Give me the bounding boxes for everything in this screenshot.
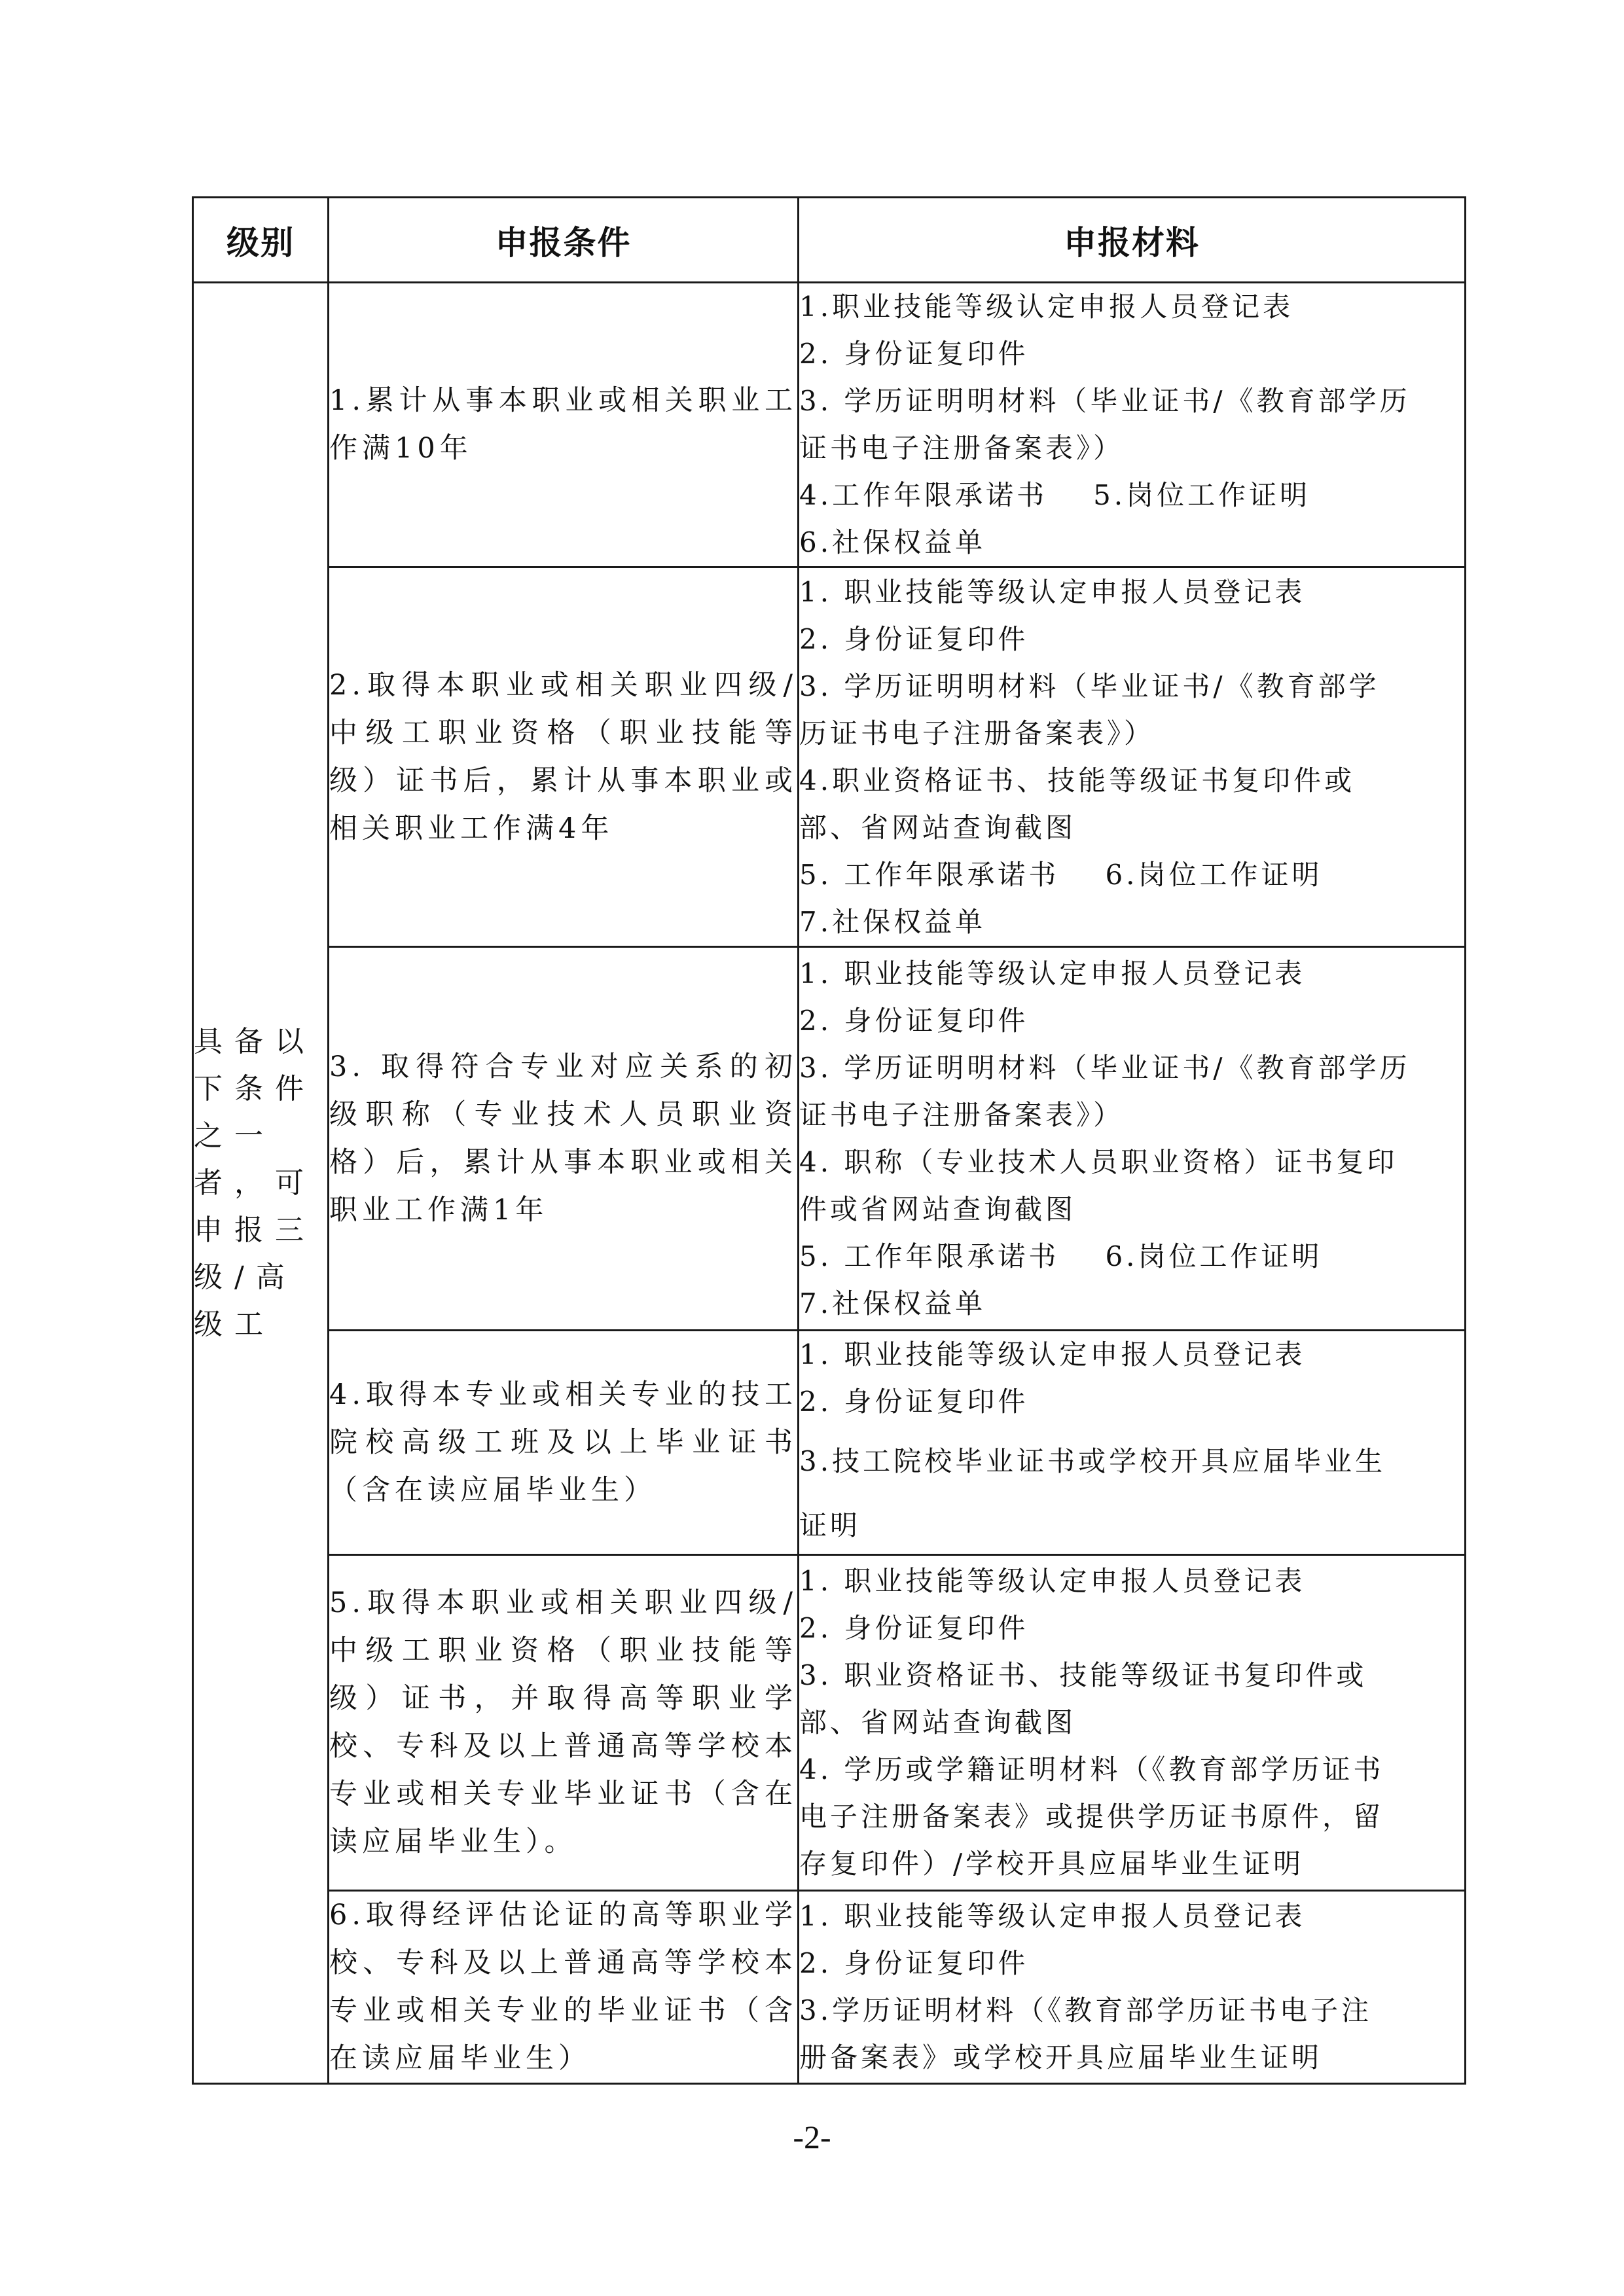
table-row: 4.取得本专业或相关专业的技工院校高级工班及以上毕业证书（含在读应届毕业生） 1… [193,1331,1466,1555]
material-item: 1. 职业技能等级认定申报人员登记表 [799,1331,1464,1378]
materials-cell: 1. 职业技能等级认定申报人员登记表 2. 身份证复印件 3.学历证明材料（《教… [799,1891,1466,2084]
level-text-line: 下条件 [194,1066,327,1113]
material-item: 1. 职业技能等级认定申报人员登记表 [799,950,1464,997]
material-item: 2. 身份证复印件 [799,616,1464,663]
materials-cell: 1. 职业技能等级认定申报人员登记表 2. 身份证复印件 3.技工院校毕业证书或… [799,1331,1466,1555]
level-text-line: 之一 [194,1113,327,1160]
material-item: 5. 工作年限承诺书 [799,859,1059,891]
material-item: 证书电子注册备案表》） [799,425,1464,472]
material-item: 部、省网站查询截图 [799,804,1464,852]
level-text-line: 者，可 [194,1160,327,1207]
material-item: 2. 身份证复印件 [799,1378,1464,1426]
material-item: 3. 职业资格证书、技能等级证书复印件或 [799,1652,1464,1699]
table-row: 6.取得经评估论证的高等职业学校、专科及以上普通高等学校本专业或相关专业的毕业证… [193,1891,1466,2084]
material-item: 3.学历证明材料（《教育部学历证书电子注 [799,1987,1464,2034]
material-item: 部、省网站查询截图 [799,1699,1464,1746]
header-level: 级别 [193,198,329,283]
material-item: 3. 学历证明明材料（毕业证书/《教育部学历 [799,1045,1464,1092]
material-item: 4.工作年限承诺书 [799,479,1047,511]
material-item: 6.岗位工作证明 [1105,859,1322,891]
material-item: 3. 学历证明明材料（毕业证书/《教育部学 [799,663,1464,710]
document-page: 级别 申报条件 申报材料 具备以 下条件 之一 者，可 申报三 级/高 级工 1… [0,0,1624,2296]
materials-cell: 1. 职业技能等级认定申报人员登记表 2. 身份证复印件 3. 学历证明明材料（… [799,947,1466,1331]
table-row: 2.取得本职业或相关职业四级/中级工职业资格（职业技能等级）证书后，累计从事本职… [193,567,1466,947]
material-item: 2. 身份证复印件 [799,997,1464,1045]
material-item: 1.职业技能等级认定申报人员登记表 [799,283,1464,331]
application-requirements-table: 级别 申报条件 申报材料 具备以 下条件 之一 者，可 申报三 级/高 级工 1… [192,196,1466,2085]
condition-cell: 4.取得本专业或相关专业的技工院校高级工班及以上毕业证书（含在读应届毕业生） [329,1331,799,1555]
materials-cell: 1. 职业技能等级认定申报人员登记表 2. 身份证复印件 3. 职业资格证书、技… [799,1555,1466,1891]
material-item: 证书电子注册备案表》） [799,1092,1464,1139]
materials-cell: 1.职业技能等级认定申报人员登记表 2. 身份证复印件 3. 学历证明明材料（毕… [799,283,1466,567]
material-item-pair: 5. 工作年限承诺书6.岗位工作证明 [799,1233,1464,1280]
material-item: 3. 学历证明明材料（毕业证书/《教育部学历 [799,378,1464,425]
material-item: 1. 职业技能等级认定申报人员登记表 [799,569,1464,616]
material-item: 2. 身份证复印件 [799,1605,1464,1652]
material-item: 7.社保权益单 [799,1280,1464,1327]
material-item: 7.社保权益单 [799,899,1464,946]
condition-cell: 3. 取得符合专业对应关系的初级职称（专业技术人员职业资格）后，累计从事本职业或… [329,947,799,1331]
materials-cell: 1. 职业技能等级认定申报人员登记表 2. 身份证复印件 3. 学历证明明材料（… [799,567,1466,947]
material-item: 5. 工作年限承诺书 [799,1240,1059,1272]
level-text-line: 具备以 [194,1018,327,1066]
page-number: -2- [0,2118,1624,2156]
material-item: 3.技工院校毕业证书或学校开具应届毕业生 [799,1433,1464,1490]
level-cell: 具备以 下条件 之一 者，可 申报三 级/高 级工 [193,283,329,2084]
level-text-line: 申报三 [194,1207,327,1254]
level-text-line: 级工 [194,1301,327,1348]
condition-cell: 5.取得本职业或相关职业四级/中级工职业资格（职业技能等级）证书，并取得高等职业… [329,1555,799,1891]
material-item: 历证书电子注册备案表》） [799,710,1464,757]
level-text-line: 级/高 [194,1254,327,1301]
material-item: 2. 身份证复印件 [799,1940,1464,1987]
material-item: 4. 学历或学籍证明材料（《教育部学历证书 [799,1746,1464,1793]
header-materials: 申报材料 [799,198,1466,283]
material-item: 1. 职业技能等级认定申报人员登记表 [799,1558,1464,1605]
condition-cell: 1.累计从事本职业或相关职业工作满10年 [329,283,799,567]
material-item: 4. 职称（专业技术人员职业资格）证书复印 [799,1139,1464,1186]
table-row: 5.取得本职业或相关职业四级/中级工职业资格（职业技能等级）证书，并取得高等职业… [193,1555,1466,1891]
material-item: 6.社保权益单 [799,519,1464,566]
material-item: 6.岗位工作证明 [1105,1240,1322,1272]
material-item: 证明 [799,1498,1464,1554]
header-conditions: 申报条件 [329,198,799,283]
condition-cell: 6.取得经评估论证的高等职业学校、专科及以上普通高等学校本专业或相关专业的毕业证… [329,1891,799,2084]
material-item: 2. 身份证复印件 [799,331,1464,378]
table-header-row: 级别 申报条件 申报材料 [193,198,1466,283]
material-item: 存复印件）/学校开具应届毕业生证明 [799,1840,1464,1888]
table-row: 3. 取得符合专业对应关系的初级职称（专业技术人员职业资格）后，累计从事本职业或… [193,947,1466,1331]
material-item: 5.岗位工作证明 [1093,479,1310,511]
material-item: 电子注册备案表》或提供学历证书原件，留 [799,1793,1464,1840]
material-item: 1. 职业技能等级认定申报人员登记表 [799,1893,1464,1940]
material-item: 件或省网站查询截图 [799,1186,1464,1233]
material-item-pair: 5. 工作年限承诺书6.岗位工作证明 [799,852,1464,899]
table-row: 具备以 下条件 之一 者，可 申报三 级/高 级工 1.累计从事本职业或相关职业… [193,283,1466,567]
condition-cell: 2.取得本职业或相关职业四级/中级工职业资格（职业技能等级）证书后，累计从事本职… [329,567,799,947]
material-item-pair: 4.工作年限承诺书5.岗位工作证明 [799,472,1464,519]
material-item: 册备案表》或学校开具应届毕业生证明 [799,2034,1464,2081]
material-item: 4.职业资格证书、技能等级证书复印件或 [799,757,1464,804]
